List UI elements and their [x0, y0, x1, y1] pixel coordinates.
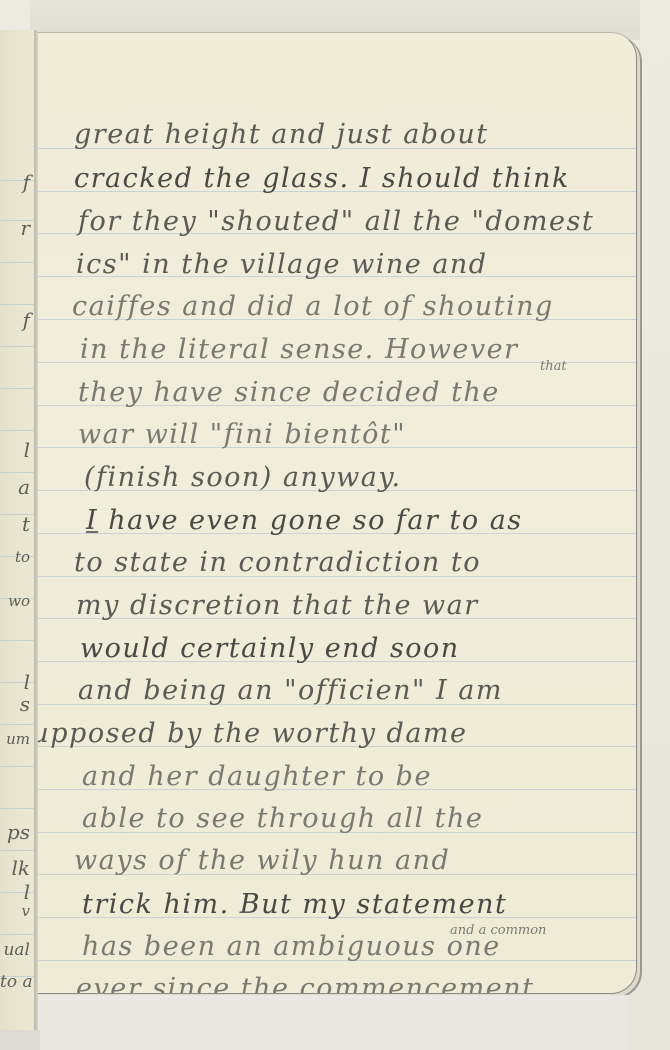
background-below-page — [38, 995, 628, 1050]
prev-page-fragment: um — [0, 730, 34, 748]
rule-line — [0, 640, 34, 641]
rule-line — [0, 850, 34, 851]
handwritten-line: my discretion that the war — [76, 590, 479, 621]
handwritten-line: in the literal sense. However — [80, 334, 518, 365]
prev-page-fragment: l — [0, 438, 34, 462]
handwritten-line: ways of the wily hun and — [74, 845, 450, 876]
rule-line — [0, 808, 34, 809]
handwritten-line: and being an "officien" I am — [78, 675, 503, 706]
handwritten-line: trick him. But my statement — [82, 889, 507, 920]
rule-line — [0, 430, 34, 431]
rule-line — [0, 388, 34, 389]
handwritten-line: would certainly end soon — [80, 633, 460, 664]
notebook-page: great height and just about cracked the … — [38, 32, 637, 994]
handwritten-line: I have even gone so far to as — [86, 505, 523, 536]
previous-page-edge: f r f l a t to wo l s um ps lk l v ual t… — [0, 30, 35, 1030]
rule-line — [0, 934, 34, 935]
prev-page-fragment: l — [0, 880, 34, 904]
handwritten-insert: that — [540, 359, 567, 374]
handwritten-line: to state in contradiction to — [74, 547, 481, 578]
underlined-word: I — [86, 505, 98, 536]
prev-page-fragment: v — [0, 902, 34, 920]
handwritten-line: supposed by the worthy dame — [38, 718, 468, 749]
prev-page-fragment: t — [0, 512, 34, 536]
rule-line — [0, 724, 34, 725]
prev-page-fragment: l — [0, 670, 34, 694]
handwritten-line: caiffes and did a lot of shouting — [72, 291, 554, 322]
handwritten-line: ever since the commencement — [76, 973, 534, 994]
rule-line — [0, 766, 34, 767]
prev-page-fragment: s — [0, 692, 34, 716]
prev-page-fragment: a — [0, 475, 34, 499]
handwritten-line: they have since decided the — [78, 377, 500, 408]
rule-line — [0, 346, 34, 347]
prev-page-fragment: to a — [0, 972, 34, 992]
handwritten-line: for they "shouted" all the "domest — [78, 206, 594, 237]
rule-line — [0, 304, 34, 305]
handwritten-line: cracked the glass. I should think — [74, 163, 570, 194]
handwritten-line: able to see through all the — [82, 803, 483, 834]
handwritten-line: has been an ambiguous one — [82, 931, 501, 962]
prev-page-fragment: f — [0, 308, 34, 332]
prev-page-fragment: wo — [0, 592, 34, 610]
rule-line — [0, 472, 34, 473]
scanned-notebook: f r f l a t to wo l s um ps lk l v ual t… — [0, 0, 670, 1050]
prev-page-fragment: to — [0, 548, 34, 566]
handwritten-line: and her daughter to be — [82, 761, 432, 792]
handwritten-line: (finish soon) anyway. — [84, 462, 402, 493]
prev-page-fragment: lk — [0, 856, 34, 880]
prev-page-fragment: f — [0, 170, 34, 194]
handwritten-line: great height and just about — [74, 119, 489, 150]
prev-page-fragment: r — [0, 216, 34, 240]
prev-page-fragment: ps — [0, 820, 34, 844]
rule-line — [0, 262, 34, 263]
prev-page-fragment: ual — [0, 940, 34, 960]
binding-edge — [0, 1030, 40, 1050]
handwritten-line: ics" in the village wine and — [76, 249, 488, 280]
handwritten-line-rest: have even gone so far to as — [98, 505, 522, 536]
handwritten-line: war will "fini bientôt" — [78, 419, 406, 450]
